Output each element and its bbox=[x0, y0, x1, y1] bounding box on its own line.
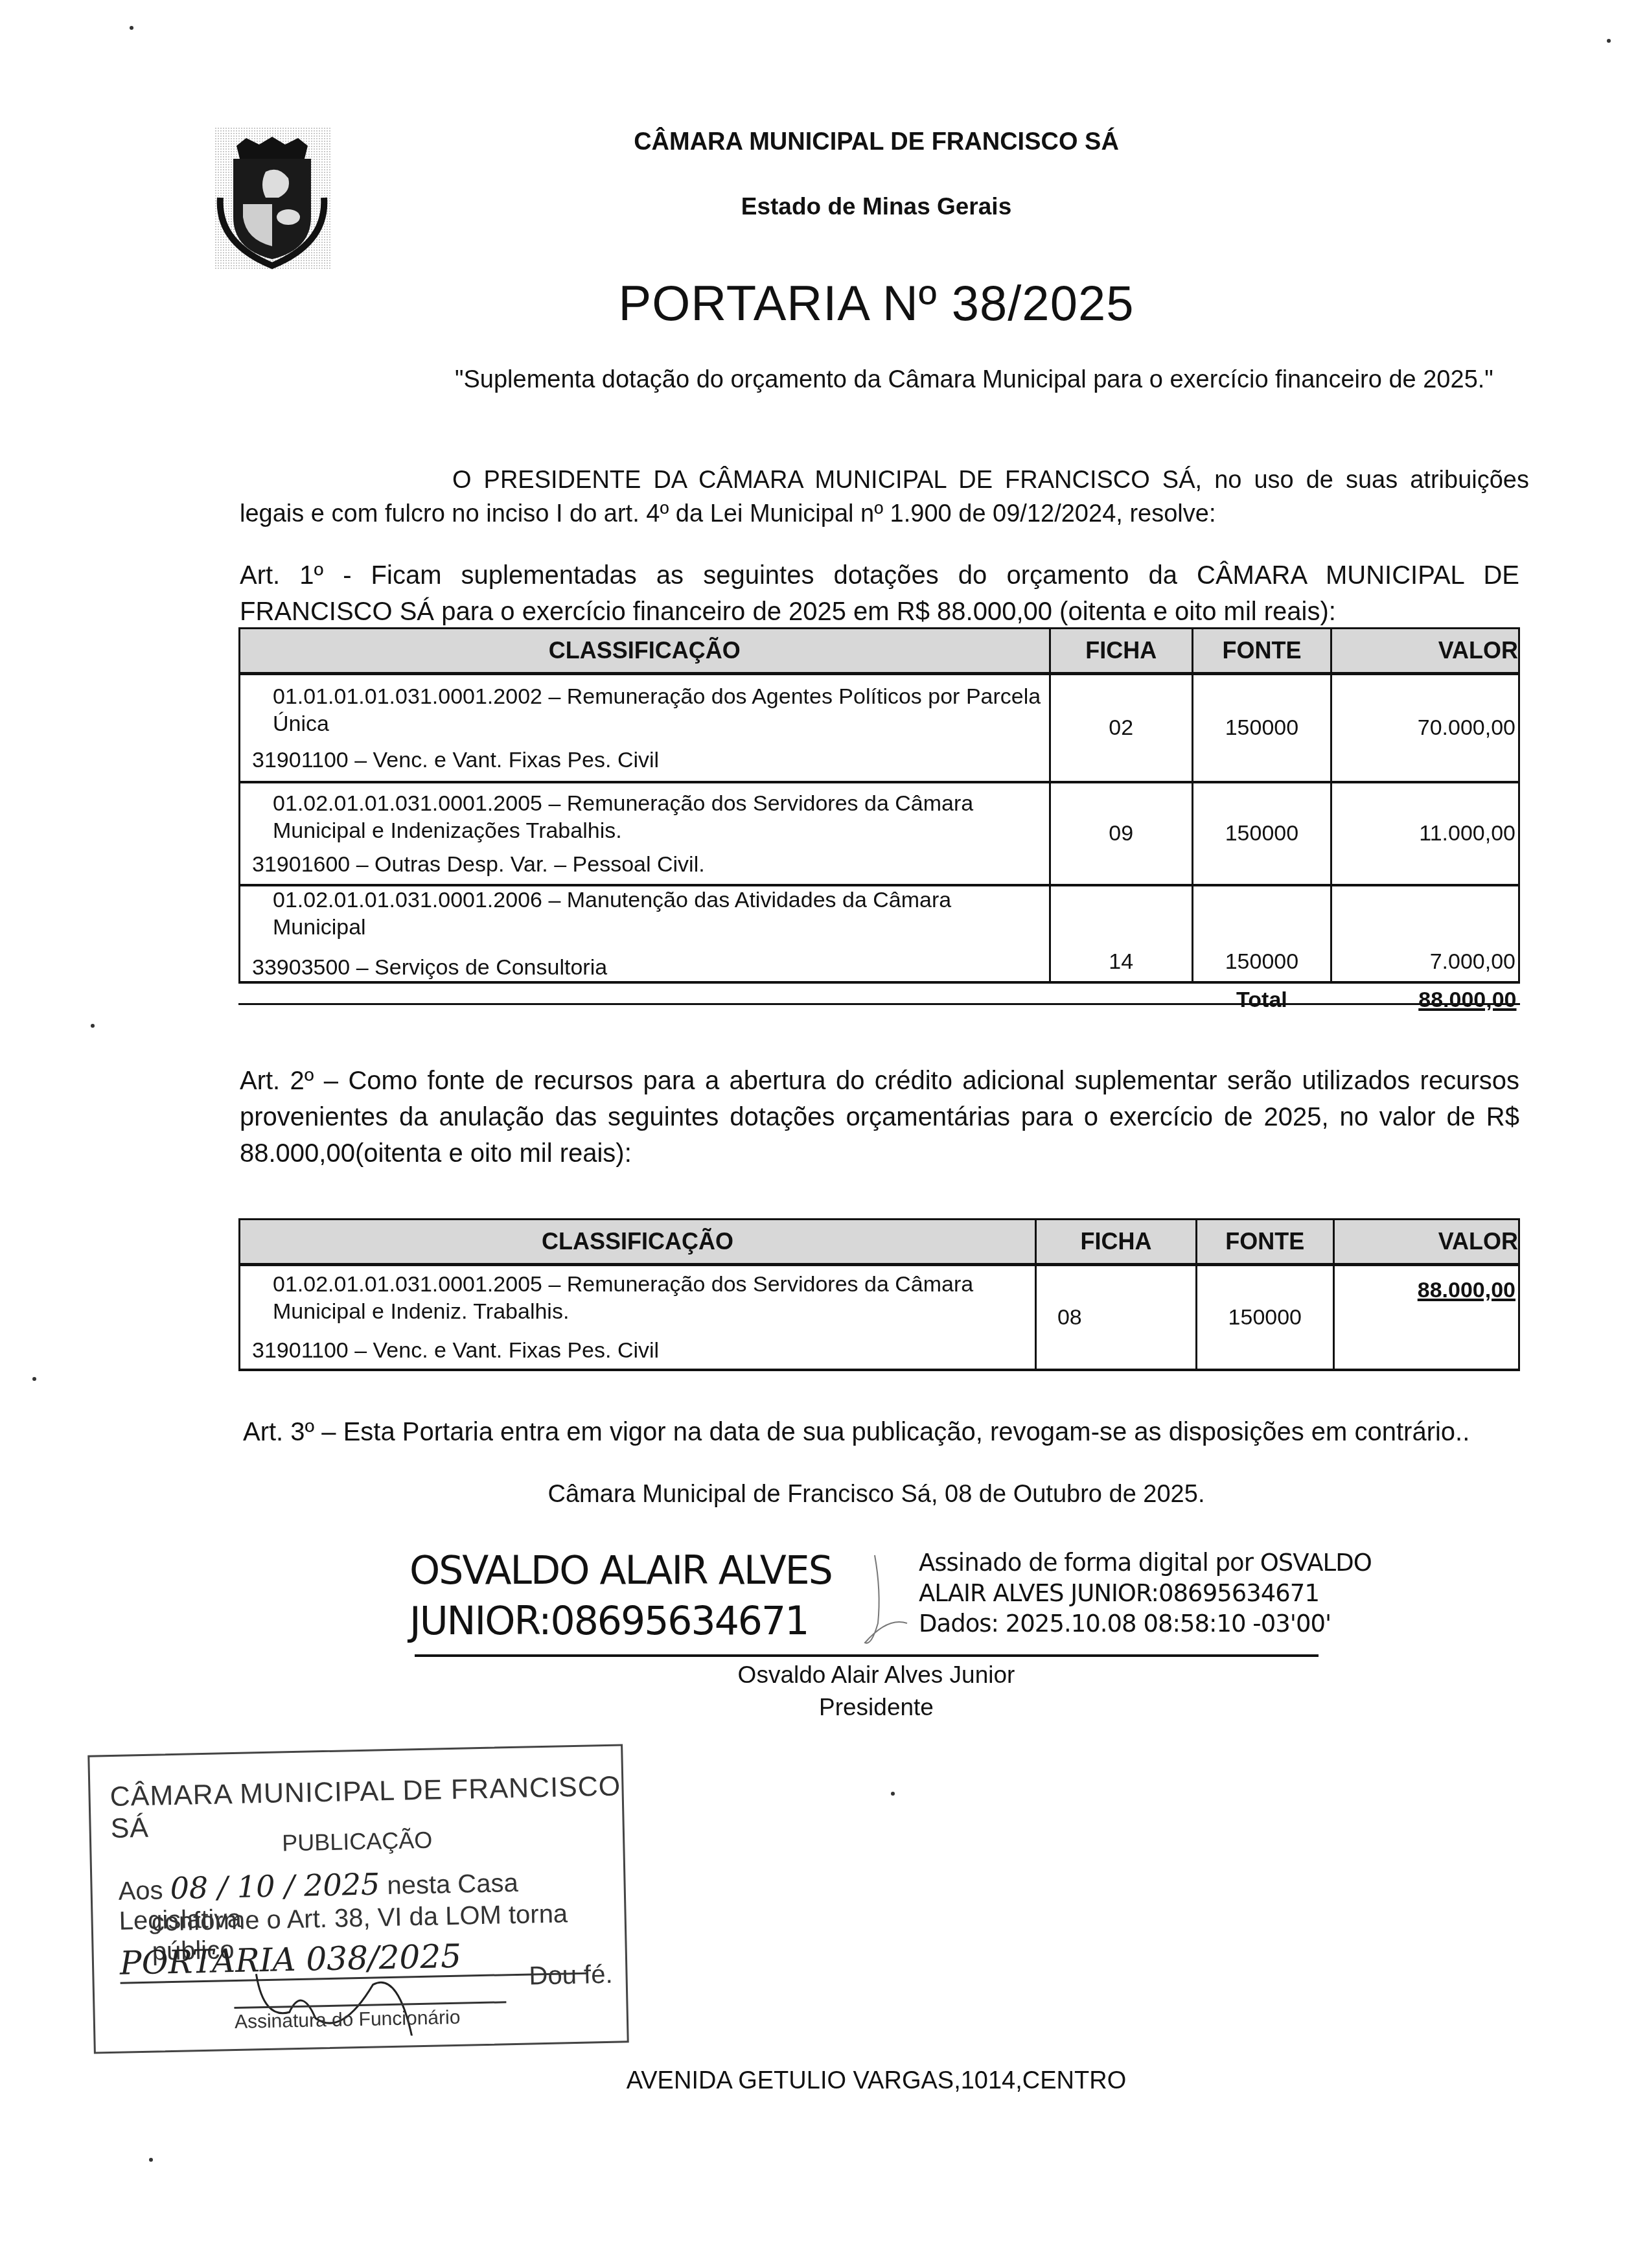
signer-block: Osvaldo Alair Alves Junior Presidente bbox=[0, 1659, 1636, 1724]
annulment-table: CLASSIFICAÇÃO FICHA FONTE VALOR 01.02.01… bbox=[238, 1218, 1520, 1371]
ficha: 14 bbox=[1050, 885, 1192, 982]
document-title: PORTARIA Nº 38/2025 bbox=[0, 275, 1636, 332]
institution-name: CÂMARA MUNICIPAL DE FRANCISCO SÁ bbox=[0, 128, 1636, 156]
scan-speck bbox=[149, 2158, 153, 2162]
article-1-text: Art. 1º - Ficam suplementadas as seguint… bbox=[240, 557, 1519, 630]
fonte: 150000 bbox=[1192, 674, 1331, 783]
table-row: 01.02.01.01.031.0001.2005 – Remuneração … bbox=[240, 782, 1519, 885]
elemento: 31901600 – Outras Desp. Var. – Pessoal C… bbox=[240, 851, 1049, 878]
valor: 7.000,00 bbox=[1430, 949, 1518, 974]
article-3-text: Art. 3º – Esta Portaria entra em vigor n… bbox=[243, 1414, 1523, 1450]
dotacao: 01.01.01.01.031.0001.2002 – Remuneração … bbox=[240, 683, 1049, 737]
column-header-classificacao: CLASSIFICAÇÃO bbox=[240, 1220, 1036, 1265]
elemento: 31901100 – Venc. e Vant. Fixas Pes. Civi… bbox=[240, 1337, 1035, 1364]
column-header-fonte: FONTE bbox=[1196, 1220, 1333, 1265]
total-row: Total 88.000,00 bbox=[240, 982, 1519, 1016]
signer-name: Osvaldo Alair Alves Junior bbox=[117, 1659, 1636, 1691]
column-header-ficha: FICHA bbox=[1050, 629, 1192, 674]
scan-speck bbox=[891, 1792, 895, 1796]
stamp-attestation: Dou fé. bbox=[529, 1960, 613, 1991]
column-header-fonte: FONTE bbox=[1192, 629, 1331, 674]
ementa: "Suplementa dotação do orçamento da Câma… bbox=[455, 366, 1493, 394]
supplement-table: CLASSIFICAÇÃO FICHA FONTE VALOR 01.01.01… bbox=[238, 627, 1520, 1016]
fonte: 150000 bbox=[1196, 1265, 1333, 1371]
stamp-handwritten-date: 08 / 10 / 2025 bbox=[170, 1866, 380, 1906]
footer-address: AVENIDA GETULIO VARGAS,1014,CENTRO bbox=[0, 2067, 1636, 2095]
dotacao: 01.02.01.01.031.0001.2005 – Remuneração … bbox=[240, 790, 1049, 844]
scan-speck bbox=[130, 26, 133, 30]
column-header-classificacao: CLASSIFICAÇÃO bbox=[240, 629, 1050, 674]
column-header-valor: VALOR bbox=[1331, 629, 1519, 674]
ficha: 02 bbox=[1050, 674, 1192, 783]
column-header-ficha: FICHA bbox=[1035, 1220, 1196, 1265]
ficha: 09 bbox=[1050, 782, 1192, 885]
elemento: 31901100 – Venc. e Vant. Fixas Pes. Civi… bbox=[240, 746, 1049, 774]
pdf-signature-icon bbox=[862, 1552, 914, 1652]
digital-signature-name: OSVALDO ALAIR ALVES JUNIOR:08695634671 bbox=[409, 1545, 832, 1647]
elemento: 33903500 – Serviços de Consultoria bbox=[240, 954, 1049, 981]
total-label: Total bbox=[1192, 982, 1331, 1016]
fonte: 150000 bbox=[1192, 782, 1331, 885]
stamp-signature-label: Assinatura do Funcionário bbox=[234, 2001, 507, 2033]
valor: 88.000,00 bbox=[1418, 1278, 1518, 1302]
article-2-text: Art. 2º – Como fonte de recursos para a … bbox=[240, 1063, 1519, 1172]
publication-stamp: CÂMARA MUNICIPAL DE FRANCISCO SÁ PUBLICA… bbox=[87, 1744, 628, 2054]
valor: 70.000,00 bbox=[1418, 715, 1518, 740]
table-row: 01.02.01.01.031.0001.2005 – Remuneração … bbox=[240, 1265, 1519, 1371]
total-value: 88.000,00 bbox=[1418, 988, 1519, 1012]
scan-speck bbox=[32, 1377, 36, 1381]
ficha: 08 bbox=[1035, 1265, 1196, 1371]
digital-signature-info: Assinado de forma digital por OSVALDO AL… bbox=[919, 1547, 1372, 1639]
divider bbox=[238, 1003, 1520, 1005]
scan-speck bbox=[91, 1024, 95, 1028]
preamble: O PRESIDENTE DA CÂMARA MUNICIPAL DE FRAN… bbox=[240, 463, 1529, 531]
dotacao: 01.02.01.01.031.0001.2006 – Manutenção d… bbox=[240, 886, 1049, 941]
signer-role: Presidente bbox=[117, 1691, 1636, 1724]
table-row: 01.01.01.01.031.0001.2002 – Remuneração … bbox=[240, 674, 1519, 783]
valor: 11.000,00 bbox=[1419, 821, 1518, 846]
signature-line bbox=[415, 1654, 1319, 1657]
state-name: Estado de Minas Gerais bbox=[0, 193, 1636, 220]
place-and-date: Câmara Municipal de Francisco Sá, 08 de … bbox=[0, 1481, 1636, 1509]
fonte: 150000 bbox=[1192, 885, 1331, 982]
dotacao: 01.02.01.01.031.0001.2005 – Remuneração … bbox=[240, 1271, 1035, 1325]
scan-speck bbox=[1607, 39, 1611, 43]
table-row: 01.02.01.01.031.0001.2006 – Manutenção d… bbox=[240, 885, 1519, 982]
column-header-valor: VALOR bbox=[1333, 1220, 1519, 1265]
